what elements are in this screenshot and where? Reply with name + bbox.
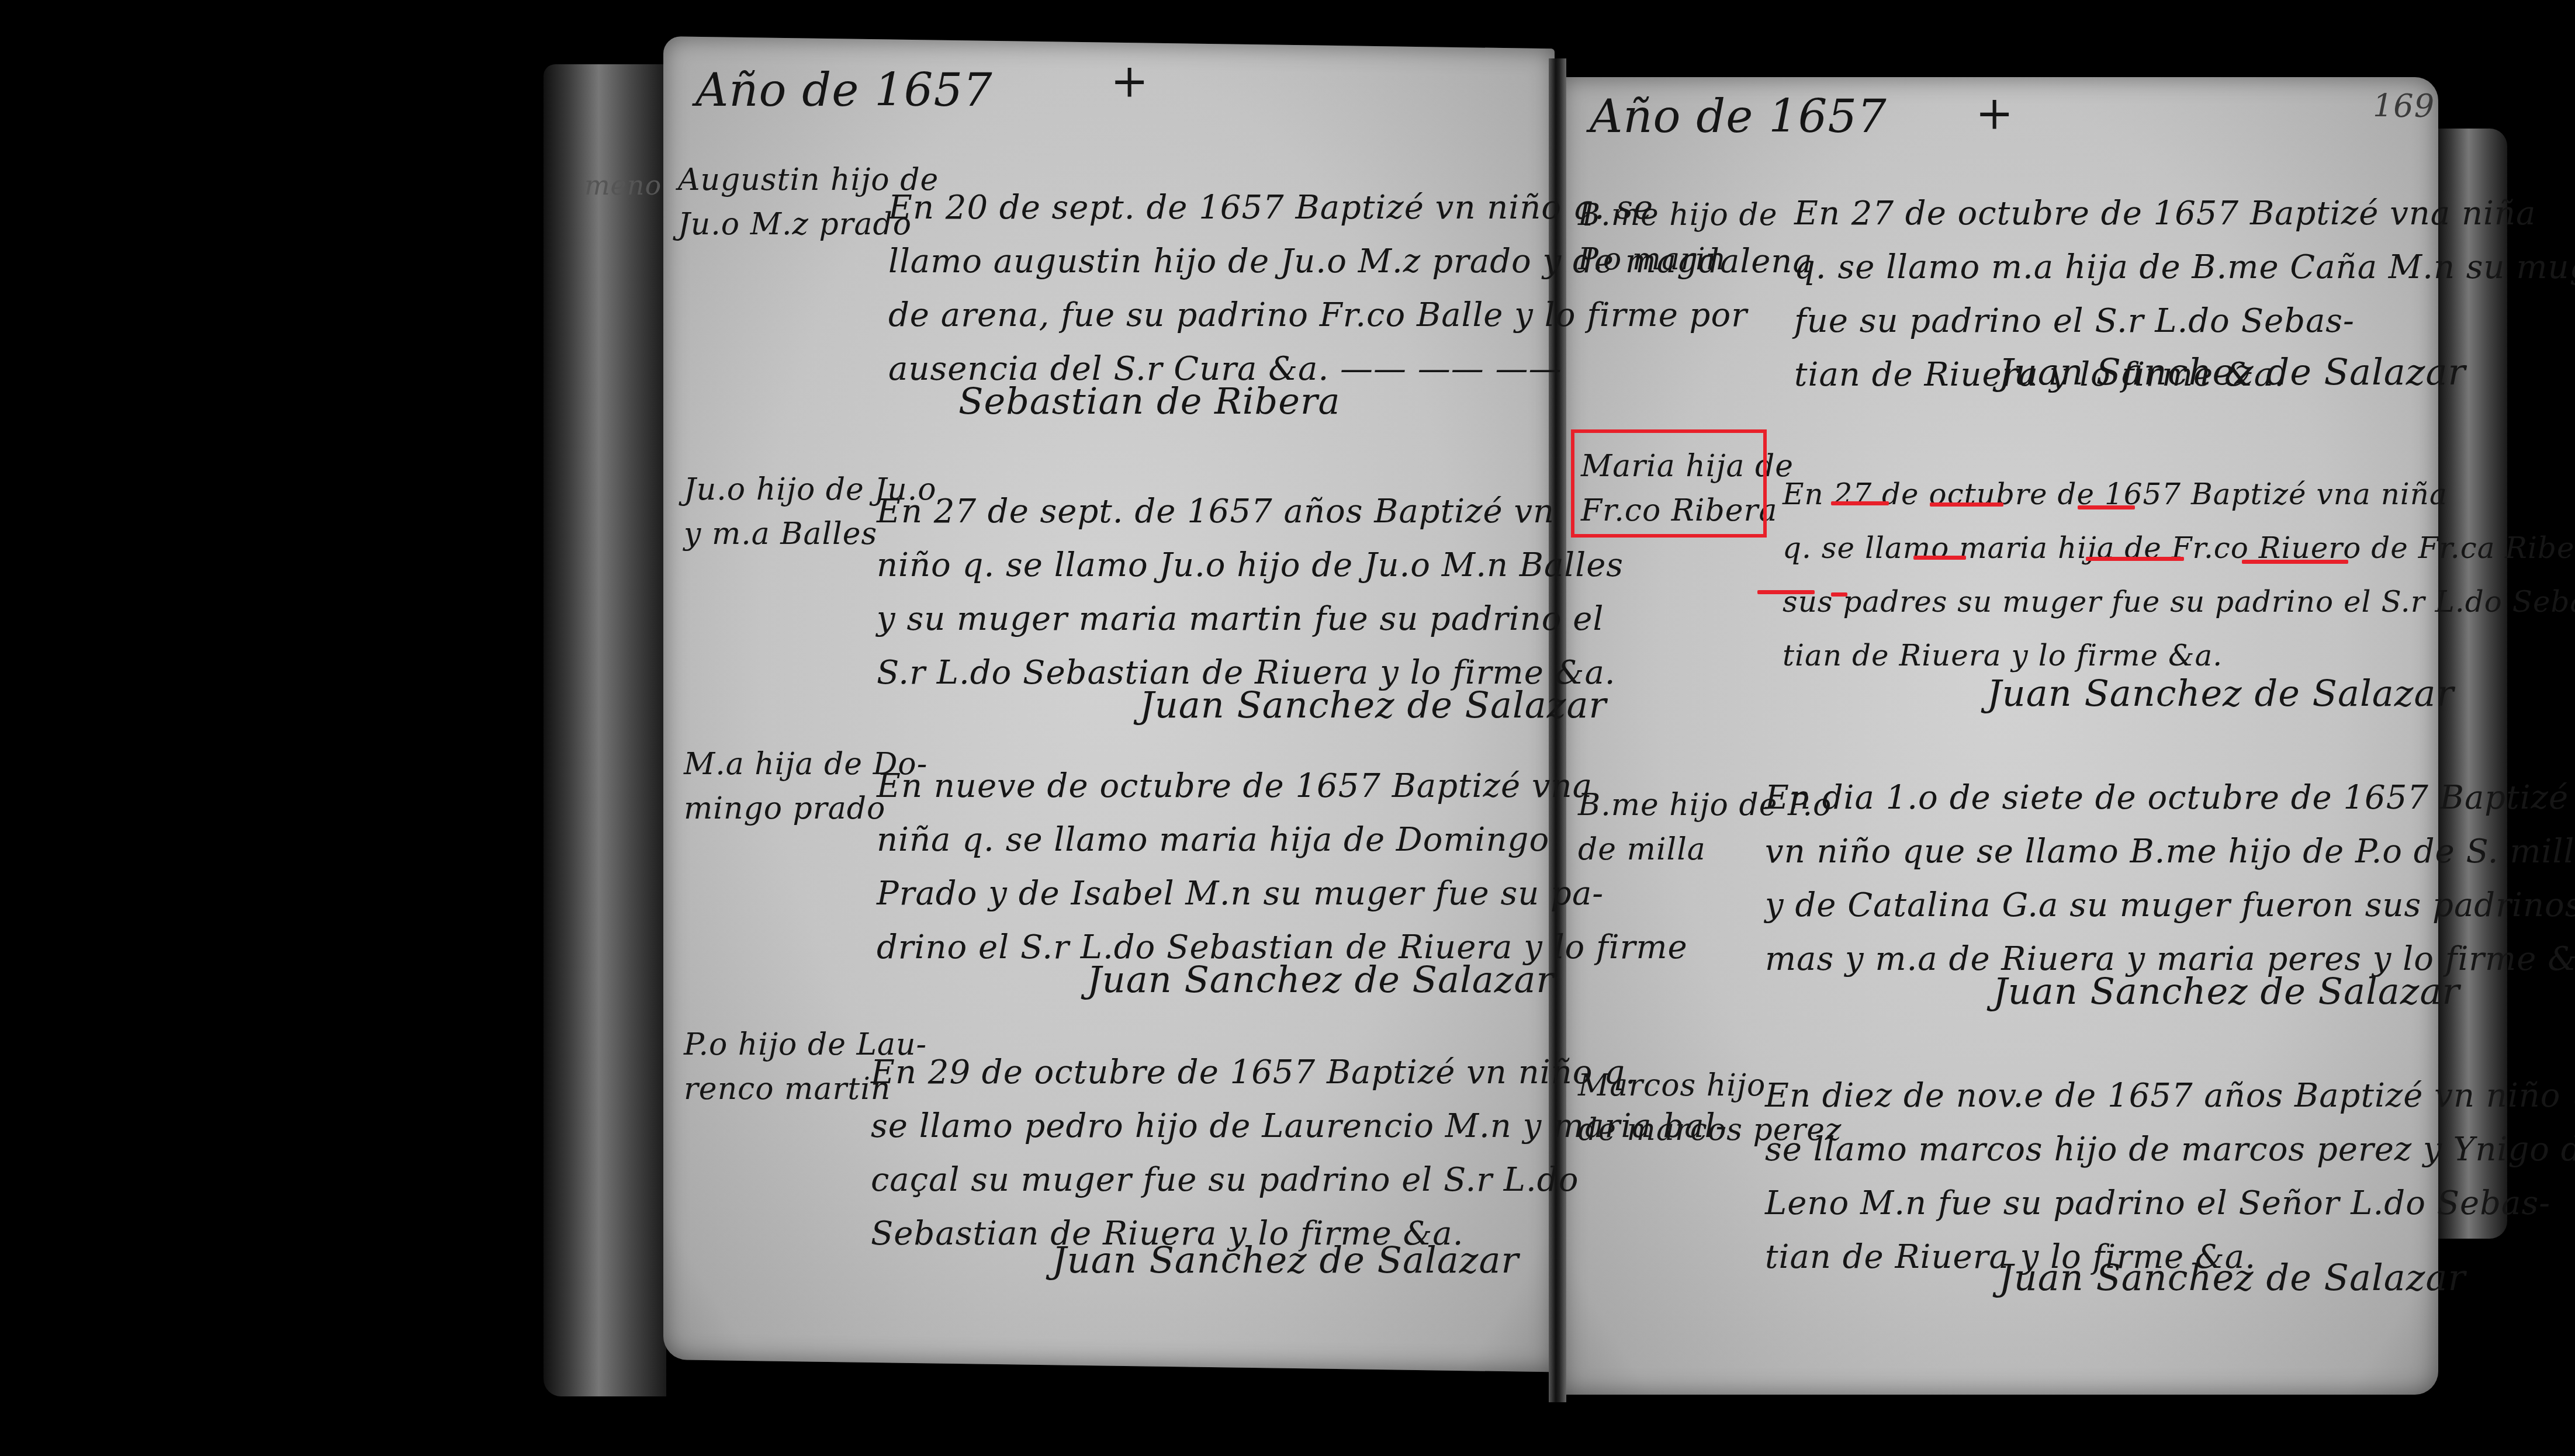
underline-month: [1930, 502, 2003, 507]
underline-day: [1831, 501, 1889, 505]
entry-text: En 27 de sept. de 1657 años Baptizé vn n…: [877, 485, 1624, 700]
entry-signature: Juan Sanchez de Salazar: [1140, 684, 1607, 726]
entry-text: En nueve de octubre de 1657 Baptizé vna …: [877, 760, 1688, 975]
highlight-box-margin-name: [1571, 429, 1767, 538]
right-header-mark: +: [1975, 88, 2014, 140]
page-number: 169: [2373, 88, 2435, 124]
underline-child-name: [1913, 556, 1966, 560]
underline-mother-name: [2242, 560, 2348, 564]
stack-fragment-text: meno: [584, 169, 662, 201]
entry-signature: Juan Sanchez de Salazar: [1999, 1256, 2466, 1299]
entry-margin-name: B.me hijo de P.o marin: [1578, 193, 1778, 282]
entry-text: En diez de nov.e de 1657 años Baptizé vn…: [1765, 1069, 2575, 1284]
left-year-heading: Año de 1657: [695, 64, 993, 117]
entry-signature: Sebastian de Ribera: [958, 380, 1341, 422]
left-header-mark: +: [1110, 56, 1149, 108]
entry-signature: Juan Sanchez de Salazar: [1993, 970, 2460, 1013]
right-year-heading: Año de 1657: [1590, 91, 1887, 143]
underline-year: [2078, 505, 2135, 509]
highlighted-entry-text: En 27 de octubre de 1657 Baptizé vna niñ…: [1783, 467, 2575, 682]
entry-signature: Juan Sanchez de Salazar: [1999, 351, 2466, 393]
entry-text: En dia 1.o de siete de octubre de 1657 B…: [1765, 771, 2575, 986]
left-page-stack: [544, 64, 666, 1396]
underline-parents: [1757, 590, 1815, 594]
underline-small: [1831, 592, 1847, 597]
entry-signature: Juan Sanchez de Salazar: [1052, 1239, 1519, 1281]
underline-father-name: [2086, 557, 2184, 561]
entry-signature: Juan Sanchez de Salazar: [1987, 672, 2454, 715]
entry-signature: Juan Sanchez de Salazar: [1087, 958, 1554, 1001]
